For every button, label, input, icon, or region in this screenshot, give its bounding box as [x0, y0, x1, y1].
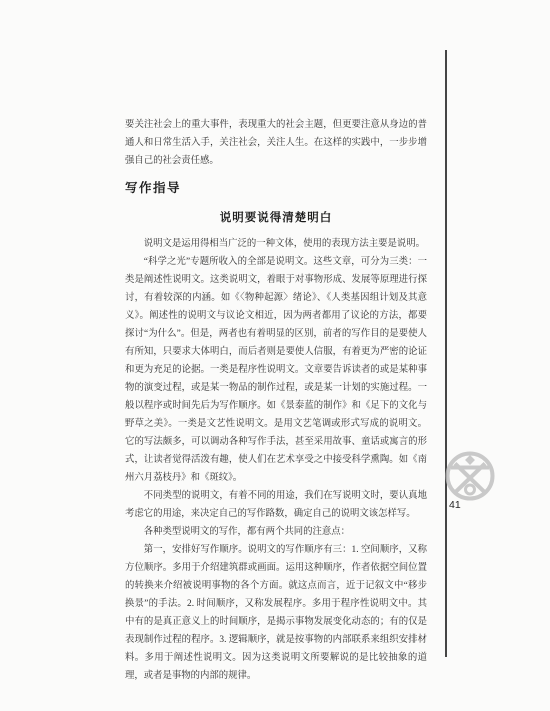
- section-heading: 写作指导: [125, 180, 427, 196]
- text-column: 要关注社会上的重大事件，表现重大的社会主题，但更要注意从身边的普通人和日常生活入…: [125, 116, 427, 685]
- body-paragraph: 说明文是运用得相当广泛的一种文体，使用的表现方法主要是说明。: [125, 235, 427, 253]
- continuation-paragraph: 要关注社会上的重大事件，表现重大的社会主题，但更要注意从身边的普通人和日常生活入…: [125, 116, 427, 170]
- wen-seal-icon: [444, 450, 496, 502]
- page-margin-rule: [445, 50, 447, 657]
- page-number: 41: [449, 498, 461, 512]
- body-paragraph: “科学之光”专题所收入的全部是说明文。这些文章，可分为三类：一类是阐述性说明文。…: [125, 253, 427, 487]
- scanned-textbook-page: 要关注社会上的重大事件，表现重大的社会主题，但更要注意从身边的普通人和日常生活入…: [0, 0, 550, 711]
- article-title: 说明要说得清楚明白: [125, 210, 427, 226]
- body-paragraph: 各种类型说明文的写作，都有两个共同的注意点：: [125, 523, 427, 541]
- body-paragraph: 不同类型的说明文，有着不同的用途，我们在写说明文时，要认真地考虑它的用途，来决定…: [125, 487, 427, 523]
- body-paragraph: 第一，安排好写作顺序。说明文的写作顺序有三：1. 空间顺序，又称方位顺序。多用于…: [125, 541, 427, 685]
